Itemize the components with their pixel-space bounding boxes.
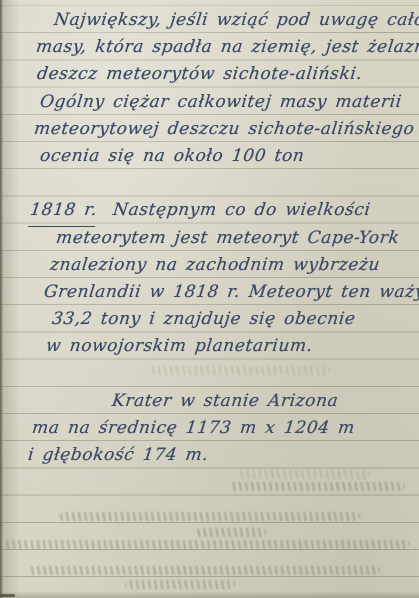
line-text: meteorytowej deszczu sichote-alińskiego	[32, 116, 416, 144]
handwritten-line: masy, która spadła na ziemię, jest żelaz…	[0, 33, 419, 60]
handwritten-line: Ogólny ciężar całkowitej masy materii	[0, 88, 419, 115]
notebook-page: Największy, jeśli wziąć pod uwagę całość…	[0, 0, 419, 598]
ink-bleedthrough	[230, 482, 405, 491]
handwritten-line: meteorytowej deszczu sichote-alińskiego	[0, 115, 419, 142]
line-text: ma na średnicę 1173 m x 1204 m	[30, 415, 356, 443]
ink-bleedthrough	[150, 366, 330, 375]
ink-bleedthrough	[60, 512, 360, 521]
ink-bleedthrough	[30, 566, 380, 575]
handwriting-block: Największy, jeśli wziąć pod uwagę całość…	[0, 6, 419, 468]
line-text: Ogólny ciężar całkowitej masy materii	[38, 89, 403, 117]
line-text: Grenlandii w 1818 r. Meteoryt ten waży	[42, 279, 419, 307]
line-text: Największy, jeśli wziąć pod uwagę całość	[52, 7, 419, 35]
handwritten-line: Największy, jeśli wziąć pod uwagę całość	[0, 6, 419, 33]
handwritten-line: ocenia się na około 100 ton	[0, 142, 419, 169]
ink-bleedthrough	[196, 528, 266, 537]
handwritten-line: meteorytem jest meteoryt Cape-York	[0, 224, 419, 251]
line-text: Krater w stanie Arizona	[110, 388, 340, 416]
date-heading: 1818 r.	[28, 197, 99, 227]
line-text: masy, która spadła na ziemię, jest żelaz…	[34, 34, 419, 62]
line-text: znaleziony na zachodnim wybrzeżu	[48, 252, 381, 280]
line-text: deszcz meteorytów sichote-aliński.	[35, 61, 364, 89]
handwritten-line: w nowojorskim planetarium.	[0, 332, 419, 359]
blank-line	[0, 169, 419, 196]
ink-bleedthrough	[5, 540, 410, 549]
ink-bleedthrough	[125, 580, 235, 589]
ink-bleedthrough	[240, 470, 370, 479]
handwritten-line: znaleziony na zachodnim wybrzeżu	[0, 251, 419, 278]
handwritten-line: ma na średnicę 1173 m x 1204 m	[0, 414, 419, 441]
handwritten-line: Krater w stanie Arizona	[0, 387, 419, 414]
line-text: i głębokość 174 m.	[26, 442, 210, 470]
line-text: Następnym co do wielkości	[111, 197, 372, 225]
handwritten-line: deszcz meteorytów sichote-aliński.	[0, 60, 419, 87]
handwritten-line: Grenlandii w 1818 r. Meteoryt ten waży	[0, 278, 419, 305]
handwritten-line: 1818 r.Następnym co do wielkości	[0, 196, 419, 223]
handwritten-line: 33,2 tony i znajduje się obecnie	[0, 305, 419, 332]
line-text: w nowojorskim planetarium.	[44, 333, 314, 361]
line-text: 33,2 tony i znajduje się obecnie	[50, 306, 357, 334]
bottom-edge-mark	[0, 594, 15, 597]
line-text: meteorytem jest meteoryt Cape-York	[54, 225, 401, 253]
handwritten-line: i głębokość 174 m.	[0, 441, 419, 468]
line-text: ocenia się na około 100 ton	[38, 143, 306, 171]
